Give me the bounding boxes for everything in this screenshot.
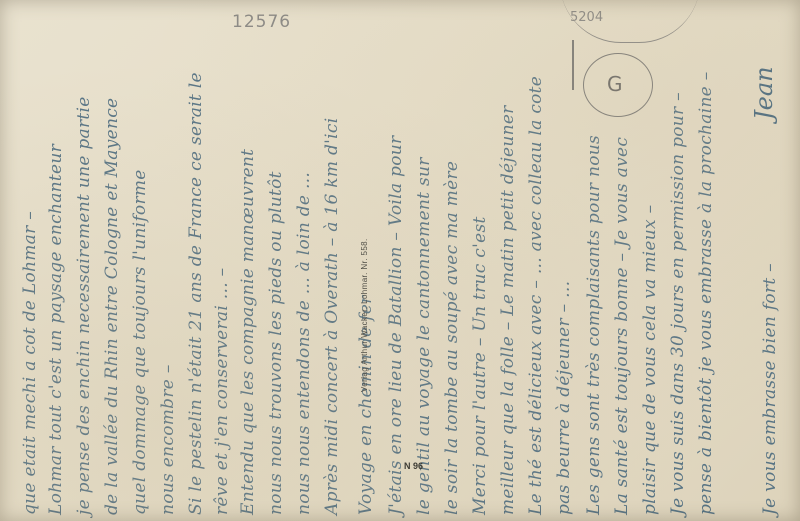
handwriting-line: Après midi concert à Overath – à 16 km d…	[322, 118, 342, 515]
handwriting-line: Les gens sont très complaisants pour nou…	[584, 135, 604, 515]
handwriting-line: nous nous trouvons les pieds ou plutôt	[266, 171, 286, 515]
handwriting-line: nous nous entendons de ... à loin de ...	[294, 172, 314, 515]
handwriting-line: que etait mechi a cot de Lohmar –	[20, 211, 40, 515]
handwriting-line: je pense des enchin necessairement une p…	[74, 96, 94, 515]
handwriting-line: de la vallée du Rhin entre Cologne et Ma…	[102, 98, 122, 515]
signature: Jean	[750, 66, 778, 120]
publisher-imprint: Verlag Arthur Wacker, Lohmar. Nr. 558.	[360, 238, 369, 392]
handwriting-line: J'étais en ore lieu de Batallion – Voila…	[386, 136, 406, 515]
pencil-inventory-number: 12576	[232, 12, 291, 32]
handwriting-line: Le thé est délicieux avec – ... avec col…	[526, 76, 546, 515]
handwriting-line: Je vous embrasse bien fort –	[760, 263, 780, 515]
handwriting-line: pense à bientôt je vous embrasse à la pr…	[696, 71, 716, 515]
postcard-back: que etait mechi a cot de Lohmar – Lohmar…	[0, 0, 800, 521]
pencil-note-number: 5204	[570, 10, 603, 25]
handwriting-line: nous encombre –	[158, 364, 178, 515]
handwriting-line: La santé est toujours bonne – Je vous av…	[612, 137, 632, 515]
handwriting-line: Entendu que les compagnie manœuvrent	[238, 149, 258, 515]
pencil-circled-letter: G	[607, 72, 623, 96]
handwriting-line: rêve et j'en conserverai ... –	[212, 268, 232, 515]
handwriting-line: le soir la tombe au soupé avec ma mère	[442, 161, 462, 515]
handwriting-line: plaisir que de vous cela va mieux –	[640, 205, 660, 515]
handwriting-line: pas beurre à déjeuner – ...	[554, 281, 574, 515]
handwriting-line: Si le pestelin n'était 21 ans de France …	[186, 72, 206, 515]
pencil-tick-mark	[572, 40, 574, 90]
handwriting-line: Je vous suis dans 30 jours en permission…	[668, 92, 688, 515]
handwriting-line: Lohmar tout c'est un paysage enchanteur	[46, 144, 66, 515]
series-number: N 96	[404, 461, 423, 471]
handwriting-line: quel dommage que toujours l'uniforme	[130, 169, 150, 515]
handwriting-line: meilleur que la folle – Le matin petit d…	[498, 105, 518, 515]
handwriting-line: Merci pour l'autre – Un truc c'est	[470, 216, 490, 515]
